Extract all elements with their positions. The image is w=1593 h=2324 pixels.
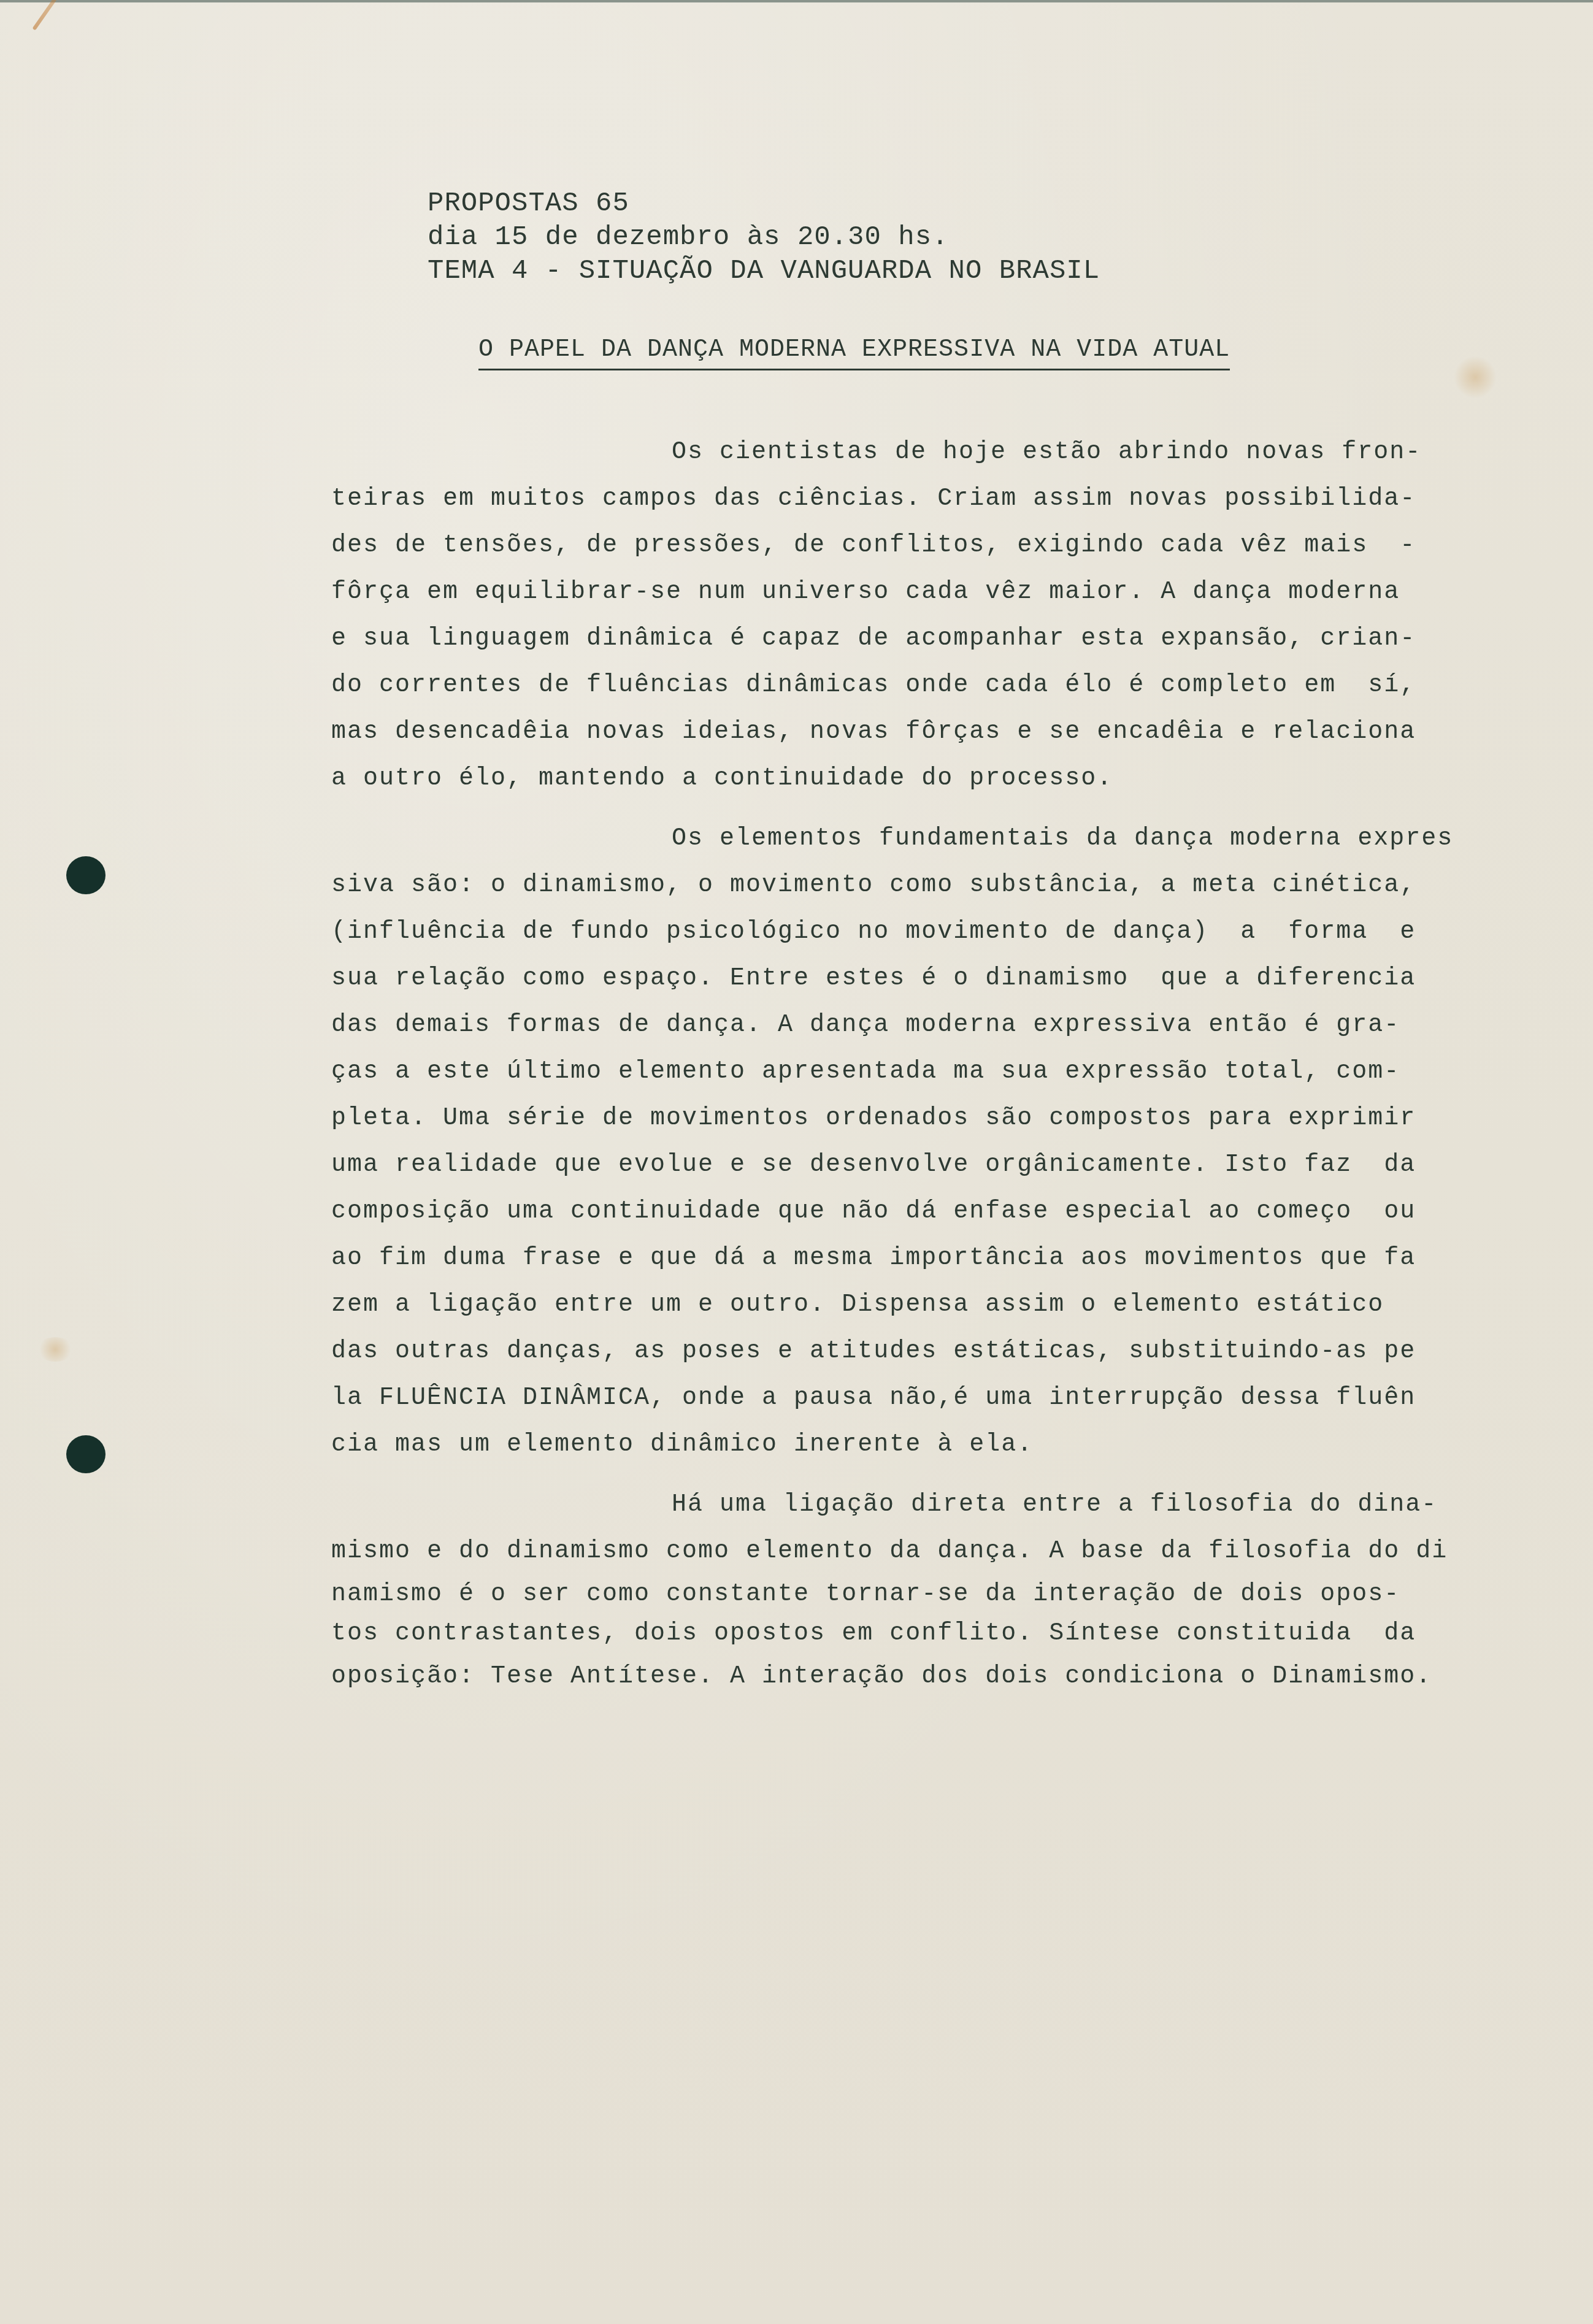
text-line: tos contrastantes, dois opostos em confl…	[331, 1614, 1448, 1654]
text-line: siva são: o dinamismo, o movimento como …	[331, 862, 1448, 909]
text-line: a outro élo, mantendo a continuidade do …	[331, 756, 1448, 802]
header-line-theme: TEMA 4 - SITUAÇÃO DA VANGUARDA NO BRASIL	[428, 255, 1100, 288]
text-line: Há uma ligação direta entre a filosofia …	[331, 1482, 1448, 1528]
scan-top-edge	[0, 0, 1593, 2]
text-line: ao fim duma frase e que dá a mesma impor…	[331, 1235, 1448, 1282]
rust-stain	[1454, 356, 1497, 399]
text-line: zem a ligação entre um e outro. Dispensa…	[331, 1282, 1448, 1329]
text-line: e sua linguagem dinâmica é capaz de acom…	[331, 616, 1448, 662]
header-line-event: PROPOSTAS 65	[428, 187, 1100, 221]
text-line: la FLUÊNCIA DINÂMICA, onde a pausa não,é…	[331, 1375, 1448, 1422]
rust-stain	[37, 1337, 74, 1362]
document-title: O PAPEL DA DANÇA MODERNA EXPRESSIVA NA V…	[478, 336, 1230, 370]
text-line: mismo e do dinamismo como elemento da da…	[331, 1528, 1448, 1575]
punch-hole-top	[66, 856, 106, 894]
header-line-date: dia 15 de dezembro às 20.30 hs.	[428, 221, 1100, 255]
text-line: namismo é o ser como constante tornar-se…	[331, 1575, 1448, 1614]
text-line: sua relação como espaço. Entre estes é o…	[331, 956, 1448, 1002]
punch-hole-bottom	[66, 1435, 106, 1473]
paragraph-2: Os elementos fundamentais da dança moder…	[331, 816, 1448, 1468]
text-line: das outras danças, as poses e atitudes e…	[331, 1329, 1448, 1375]
text-line: do correntes de fluências dinâmicas onde…	[331, 662, 1448, 709]
text-line: mas desencadêia novas ideias, novas fôrç…	[331, 709, 1448, 756]
text-line: uma realidade que evolue e se desenvolve…	[331, 1142, 1448, 1189]
text-line: cia mas um elemento dinâmico inerente à …	[331, 1422, 1448, 1468]
text-line: das demais formas de dança. A dança mode…	[331, 1002, 1448, 1049]
text-line: composição uma continuidade que não dá e…	[331, 1189, 1448, 1235]
text-line: teiras em muitos campos das ciências. Cr…	[331, 476, 1448, 523]
text-line: des de tensões, de pressões, de conflito…	[331, 523, 1448, 569]
text-line: Os elementos fundamentais da dança moder…	[331, 816, 1448, 862]
paragraph-3: Há uma ligação direta entre a filosofia …	[331, 1482, 1448, 1700]
text-line: ças a este último elemento apresentada m…	[331, 1049, 1448, 1095]
paragraph-1: Os cientistas de hoje estão abrindo nova…	[331, 429, 1448, 802]
text-line: pleta. Uma série de movimentos ordenados…	[331, 1095, 1448, 1142]
document-header: PROPOSTAS 65 dia 15 de dezembro às 20.30…	[428, 187, 1100, 288]
text-line: (influência de fundo psicológico no movi…	[331, 909, 1448, 956]
document-body: Os cientistas de hoje estão abrindo nova…	[331, 429, 1448, 1700]
text-line: fôrça em equilibrar-se num universo cada…	[331, 569, 1448, 616]
text-line: oposição: Tese Antítese. A interação dos…	[331, 1654, 1448, 1700]
text-line: Os cientistas de hoje estão abrindo nova…	[331, 429, 1448, 476]
